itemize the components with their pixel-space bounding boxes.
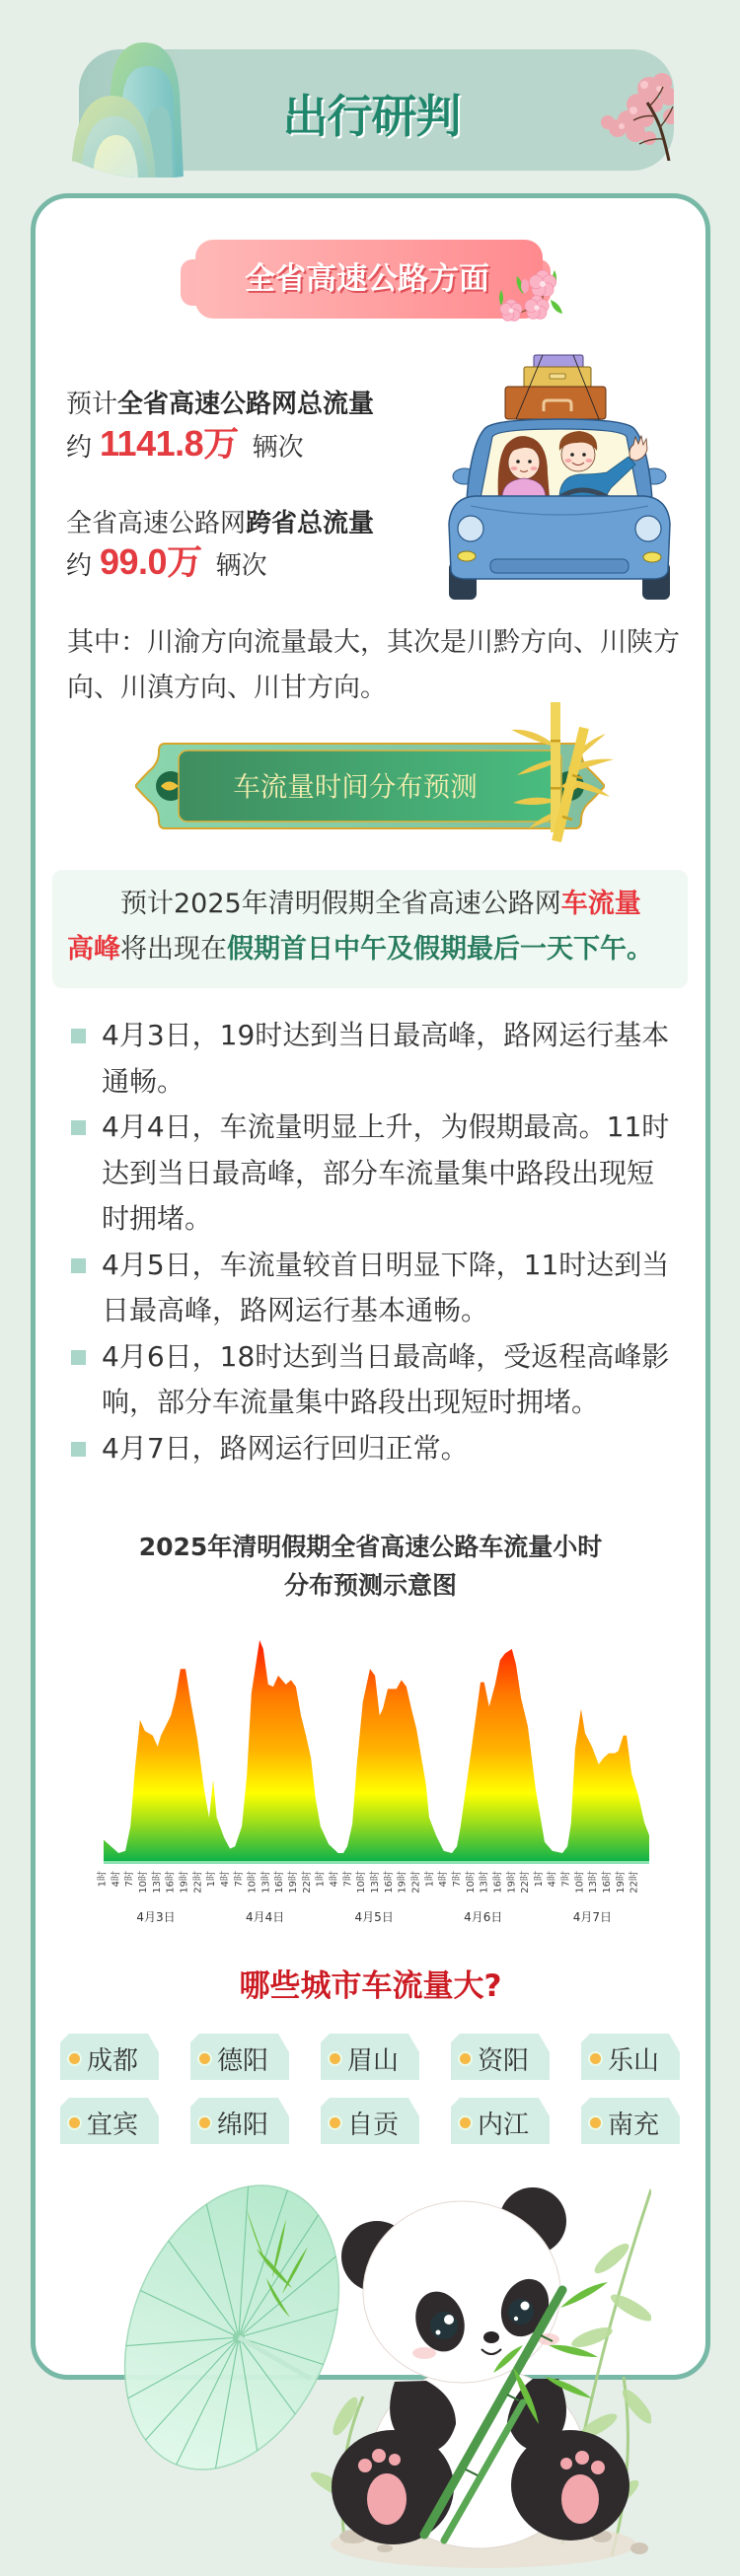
x-axis-hour-tick: 16时: [490, 1871, 503, 1894]
highway-section-title: 全省高速公路方面: [195, 240, 543, 319]
x-axis-hour-tick: 4时: [436, 1871, 449, 1887]
luggage-illustration: [505, 355, 606, 419]
family-car-illustration: [441, 350, 678, 605]
daily-forecast-text: 4月7日，路网运行回归正常。: [102, 1426, 677, 1472]
x-axis-day-label: 4月3日: [136, 1910, 175, 1924]
dot-icon: [590, 2053, 601, 2064]
daily-forecast-list: 4月3日，19时达到当日最高峰，路网运行基本通畅。 4月4日，车流量明显上升，为…: [71, 1013, 683, 1471]
x-axis-hour-tick: 16时: [600, 1871, 613, 1894]
cross-province-flow-approx: 约: [66, 551, 92, 581]
x-axis-hour-tick: 1时: [532, 1871, 545, 1887]
city-name: 成都: [87, 2040, 138, 2077]
chart-title-line-2: 分布预测示意图: [31, 1566, 710, 1605]
x-axis-hour-tick: 4时: [218, 1871, 231, 1887]
summary-text: 将出现在: [120, 934, 227, 965]
x-axis-hour-tick: 1时: [204, 1871, 217, 1887]
city-name: 内江: [478, 2105, 529, 2141]
total-flow-value: 1141.8万: [100, 423, 239, 464]
square-bullet-icon: [71, 1350, 86, 1365]
time-section-title: 车流量时间分布预测: [135, 764, 575, 810]
x-axis-hour-tick: 7时: [232, 1871, 245, 1887]
busy-cities-title: 哪些城市车流量大?: [31, 1967, 710, 2006]
dot-icon: [330, 2117, 340, 2128]
x-axis-day-label: 4月4日: [246, 1910, 284, 1924]
city-name: 南充: [608, 2105, 659, 2141]
traffic-volume-area: [104, 1640, 649, 1862]
dot-icon: [590, 2117, 601, 2128]
x-axis-hour-tick: 13时: [368, 1871, 381, 1894]
x-axis-hour-tick: 22时: [628, 1871, 640, 1894]
city-name: 绵阳: [217, 2105, 268, 2141]
x-axis-hour-tick: 7时: [340, 1871, 353, 1887]
square-bullet-icon: [71, 1029, 86, 1043]
dot-icon: [69, 2117, 80, 2128]
peak-summary-box: 预计2025年清明假期全省高速公路网车流量 高峰将出现在假期首日中午及假期最后一…: [52, 870, 688, 988]
x-axis-day-labels: 4月3日4月4日4月5日4月6日4月7日: [136, 1910, 612, 1924]
dot-icon: [330, 2053, 340, 2064]
x-axis-hour-tick: 10时: [246, 1871, 259, 1894]
grille: [490, 559, 629, 573]
daily-forecast-item: 4月7日，路网运行回归正常。: [71, 1426, 683, 1472]
dot-icon: [69, 2053, 80, 2064]
city-name: 宜宾: [87, 2105, 138, 2141]
cross-province-flow-label-prefix: 全省高速公路网: [66, 509, 246, 538]
total-flow-label-emphasis: 全省高速公路网总流量: [117, 390, 374, 419]
chart-title: 2025年清明假期全省高速公路车流量小时 分布预测示意图: [31, 1528, 710, 1605]
x-axis-hour-tick: 4时: [546, 1871, 558, 1887]
city-name: 资阳: [478, 2040, 529, 2077]
panda-illustration: [332, 2187, 629, 2548]
city-tag: 绵阳: [190, 2098, 289, 2144]
city-name: 德阳: [217, 2040, 268, 2077]
city-tag: 内江: [451, 2098, 550, 2144]
headlight-left: [458, 516, 483, 541]
daily-forecast-text: 4月5日，车流量较首日明显下降，11时达到当日最高峰，路网运行基本通畅。: [102, 1243, 677, 1334]
x-axis-hour-tick: 16时: [382, 1871, 395, 1894]
daily-forecast-text: 4月3日，19时达到当日最高峰，路网运行基本通畅。: [102, 1013, 677, 1105]
city-name: 自贡: [347, 2105, 399, 2141]
x-axis-hour-tick: 13时: [259, 1871, 271, 1894]
x-axis-hour-tick: 7时: [450, 1871, 463, 1887]
city-name: 乐山: [608, 2040, 659, 2077]
dot-icon: [460, 2053, 471, 2064]
daily-forecast-text: 4月4日，车流量明显上升，为假期最高。11时达到当日最高峰，部分车流量集中路段出…: [102, 1105, 677, 1243]
summary-highlight-green: 假期首日中午及假期最后一天下午。: [227, 934, 653, 965]
x-axis-day-label: 4月6日: [464, 1910, 502, 1924]
x-axis-hour-tick: 13时: [586, 1871, 599, 1894]
x-axis-hour-tick: 1时: [314, 1871, 327, 1887]
total-flow-label-prefix: 预计: [66, 390, 117, 419]
x-axis-hour-tick: 19时: [614, 1871, 627, 1894]
direction-note: 其中：川渝方向流量最大，其次是川黔方向、川陕方向、川滇方向、川甘方向。: [67, 620, 695, 711]
x-axis-hour-tick: 7时: [559, 1871, 572, 1887]
paper-umbrella-illustration: [99, 2170, 379, 2502]
daily-forecast-text: 4月6日，18时达到当日最高峰，受返程高峰影响，部分车流量集中路段出现短时拥堵。: [102, 1334, 677, 1426]
x-axis-hour-tick: 13时: [150, 1871, 163, 1894]
golden-bamboo-icon: [511, 700, 620, 843]
square-bullet-icon: [71, 1258, 86, 1273]
dot-icon: [460, 2117, 471, 2128]
x-axis-day-label: 4月7日: [573, 1910, 612, 1924]
x-axis-hour-ticks: 1时4时7时10时13时16时19时22时1时4时7时10时13时16时19时2…: [96, 1871, 640, 1894]
x-axis-hour-tick: 22时: [190, 1871, 203, 1894]
x-axis-hour-tick: 19时: [504, 1871, 517, 1894]
x-axis-hour-tick: 10时: [136, 1871, 149, 1894]
x-axis-hour-tick: 22时: [300, 1871, 313, 1894]
x-axis-hour-tick: 19时: [286, 1871, 299, 1894]
chart-baseline: [104, 1861, 649, 1864]
x-axis-hour-tick: 7时: [122, 1871, 135, 1887]
x-axis-hour-tick: 4时: [328, 1871, 340, 1887]
total-flow-value-line: 约1141.8万辆次: [66, 422, 304, 465]
x-axis-hour-tick: 16时: [164, 1871, 177, 1894]
daily-forecast-item: 4月6日，18时达到当日最高峰，受返程高峰影响，部分车流量集中路段出现短时拥堵。: [71, 1334, 683, 1426]
x-axis-hour-tick: 22时: [518, 1871, 531, 1894]
headlight-right: [635, 516, 661, 541]
page-title: 出行研判: [79, 85, 674, 148]
city-tag: 德阳: [190, 2034, 289, 2080]
city-tag: 南充: [581, 2098, 680, 2144]
city-name: 眉山: [347, 2040, 399, 2077]
square-bullet-icon: [71, 1120, 86, 1135]
city-tag: 自贡: [321, 2098, 419, 2144]
city-tag: 成都: [60, 2034, 159, 2080]
cross-province-flow-label: 全省高速公路网跨省总流量: [66, 507, 374, 540]
city-tag: 宜宾: [60, 2098, 159, 2144]
dot-icon: [199, 2053, 210, 2064]
cross-province-flow-unit: 辆次: [216, 551, 267, 581]
cherry-blossom-icon: [493, 264, 562, 325]
summary-highlight-red: 车流量: [561, 889, 641, 919]
daily-forecast-item: 4月5日，车流量较首日明显下降，11时达到当日最高峰，路网运行基本通畅。: [71, 1243, 683, 1334]
peak-summary-line-1: 预计2025年清明假期全省高速公路网车流量: [67, 882, 688, 927]
cross-province-flow-label-emphasis: 跨省总流量: [246, 509, 374, 538]
x-axis-hour-tick: 10时: [464, 1871, 477, 1894]
x-axis-hour-tick: 1时: [96, 1871, 109, 1887]
daily-forecast-item: 4月3日，19时达到当日最高峰，路网运行基本通畅。: [71, 1013, 683, 1105]
city-tag: 资阳: [451, 2034, 550, 2080]
x-axis-hour-tick: 4时: [109, 1871, 121, 1887]
x-axis-day-label: 4月5日: [355, 1910, 394, 1924]
city-tag: 乐山: [581, 2034, 680, 2080]
total-flow-approx: 约: [66, 433, 92, 463]
cross-province-flow-value: 99.0万: [100, 541, 202, 582]
city-tag: 眉山: [321, 2034, 419, 2080]
x-axis-hour-tick: 19时: [178, 1871, 190, 1894]
x-axis-hour-tick: 22时: [409, 1871, 422, 1894]
x-axis-hour-tick: 10时: [572, 1871, 585, 1894]
x-axis-hour-tick: 10时: [354, 1871, 367, 1894]
total-flow-label: 预计全省高速公路网总流量: [66, 388, 374, 421]
x-axis-hour-tick: 13时: [478, 1871, 490, 1894]
hourly-traffic-area-chart: 1时4时7时10时13时16时19时22时1时4时7时10时13时16时19时2…: [94, 1627, 666, 1933]
panda-nose: [483, 2331, 499, 2343]
square-bullet-icon: [71, 1442, 86, 1457]
total-flow-unit: 辆次: [253, 433, 304, 463]
chart-title-line-1: 2025年清明假期全省高速公路车流量小时: [31, 1528, 710, 1566]
panda-umbrella-illustration: [99, 2170, 651, 2576]
peak-summary-line-2: 高峰将出现在假期首日中午及假期最后一天下午。: [67, 927, 688, 972]
daily-forecast-item: 4月4日，车流量明显上升，为假期最高。11时达到当日最高峰，部分车流量集中路段出…: [71, 1105, 683, 1243]
x-axis-hour-tick: 19时: [396, 1871, 408, 1894]
summary-highlight-red: 高峰: [67, 934, 120, 965]
summary-text: 预计2025年清明假期全省高速公路网: [120, 889, 561, 919]
x-axis-hour-tick: 16时: [272, 1871, 285, 1894]
x-axis-hour-tick: 1时: [422, 1871, 435, 1887]
cross-province-flow-value-line: 约99.0万辆次: [66, 540, 267, 584]
dot-icon: [199, 2117, 210, 2128]
